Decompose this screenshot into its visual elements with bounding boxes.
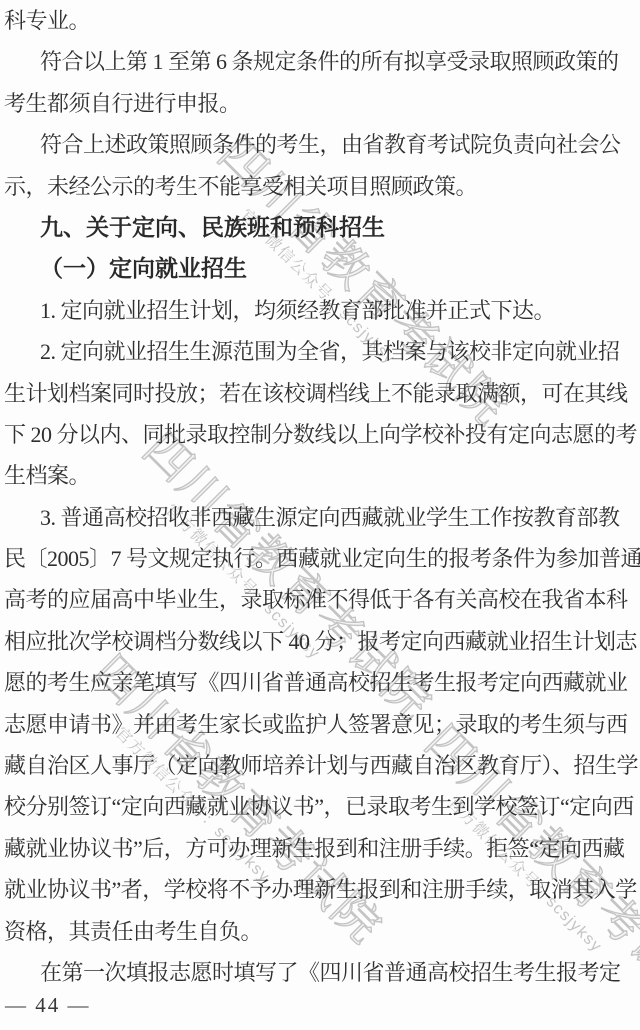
- text-line: 生计划档案同时投放；若在该校调档线上不能录取满额，可在其线: [4, 373, 638, 414]
- text-line: 藏自治区人事厅（定向教师培养计划与西藏自治区教育厅）、招生学: [4, 745, 638, 786]
- text-line: 3. 普通高校招收非西藏生源定向西藏就业学生工作按教育部教: [4, 497, 638, 538]
- text-line: 2. 定向就业招生生源范围为全省，其档案与该校非定向就业招: [4, 331, 638, 372]
- text-line: 民〔2005〕7 号文规定执行。西藏就业定向生的报考条件为参加普通: [4, 538, 638, 579]
- page-number: — 44 —: [5, 993, 91, 1018]
- text-line: 愿的考生应亲笔填写《四川省普通高校招生考生报考定向西藏就业: [4, 662, 638, 703]
- text-line: 藏就业协议书”后，方可办理新生报到和注册手续。拒签“定向西藏: [4, 828, 638, 869]
- text-line: 志愿申请书》并由考生家长或监护人签署意见；录取的考生须与西: [4, 704, 638, 745]
- text-line: 考生都须自行进行申报。: [4, 83, 638, 124]
- document-body: 科专业。符合以上第 1 至第 6 条规定条件的所有拟享受录取照顾政策的考生都须自…: [4, 0, 638, 993]
- text-line: 示，未经公示的考生不能享受相关项目照顾政策。: [4, 166, 638, 207]
- text-line: 在第一次填报志愿时填写了《四川省普通高校招生考生报考定: [4, 952, 638, 993]
- text-line: 符合上述政策照顾条件的考生，由省教育考试院负责向社会公: [4, 124, 638, 165]
- subsection-heading: （一）定向就业招生: [4, 248, 638, 289]
- text-line: 1. 定向就业招生计划，均须经教育部批准并正式下达。: [4, 290, 638, 331]
- section-heading: 九、关于定向、民族班和预科招生: [4, 207, 638, 248]
- text-line: 下 20 分以内、同批录取控制分数线以上向学校补投有定向志愿的考: [4, 414, 638, 455]
- text-line: 科专业。: [4, 0, 638, 41]
- text-line: 符合以上第 1 至第 6 条规定条件的所有拟享受录取照顾政策的: [4, 41, 638, 82]
- document-page: 四川省教育考试院官方微信公众号：scsjyksy四川省教育考试院官方微信公众号：…: [0, 0, 640, 1030]
- text-line: 就业协议书”者，学校将不予办理新生报到和注册手续，取消其入学: [4, 869, 638, 910]
- text-line: 相应批次学校调档分数线以下 40 分；报考定向西藏就业招生计划志: [4, 621, 638, 662]
- text-line: 生档案。: [4, 455, 638, 496]
- text-line: 校分别签订“定向西藏就业协议书”，已录取考生到学校签订“定向西: [4, 786, 638, 827]
- text-line: 高考的应届高中毕业生，录取标准不得低于各有关高校在我省本科: [4, 579, 638, 620]
- text-line: 资格，其责任由考生自负。: [4, 911, 638, 952]
